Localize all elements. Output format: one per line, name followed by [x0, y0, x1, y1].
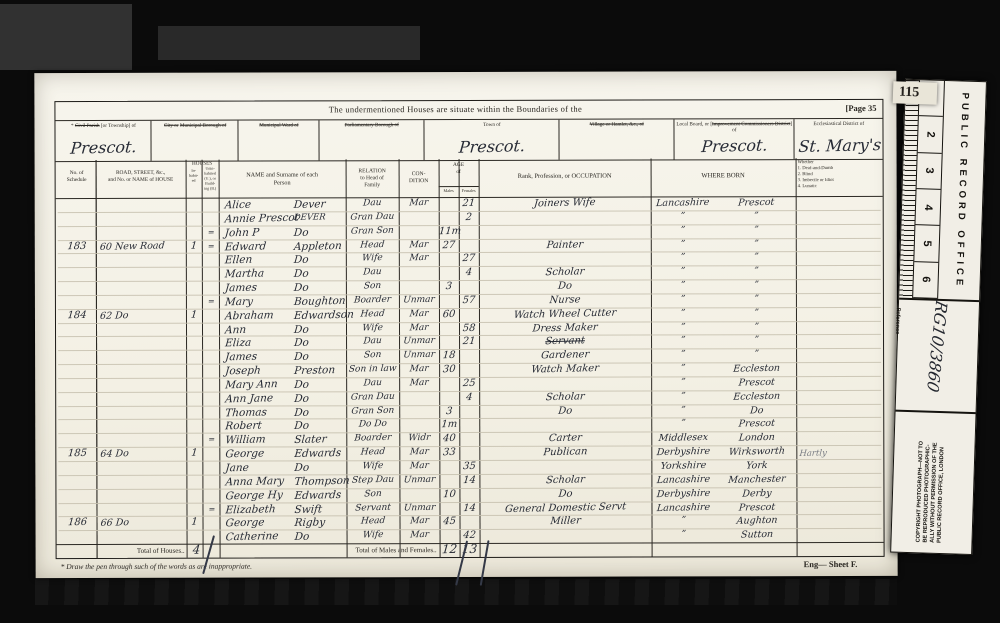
cell-r16-relation: Do Do [346, 419, 400, 431]
cell-r3-road: 60 New Road [99, 239, 184, 253]
district-box-label-part: City or [164, 123, 179, 129]
cell-r1-relation: Gran Dau [345, 211, 399, 223]
cell-r1-born-county: ” [650, 210, 715, 223]
cell-r8-given-name: Abraham [224, 308, 295, 322]
cell-r1-age-female: 2 [458, 212, 479, 224]
district-box-6: Local Board, or [Improvement Commissione… [673, 119, 793, 159]
cell-r22-given-name: Elizabeth [225, 502, 296, 516]
cell-r4-age-female: 27 [458, 253, 479, 265]
cell-r6-born-place: ” [716, 279, 796, 292]
cell-r19-condition: Mar [399, 461, 440, 473]
cell-r10-surname: Do [294, 336, 351, 350]
cell-r23-occupation: Miller [479, 514, 652, 530]
cell-r12-occupation: Watch Maker [479, 362, 652, 378]
cell-r10-born-county: ” [651, 335, 716, 348]
cell-r2-relation: Gran Son [345, 225, 399, 237]
district-box-2: Municipal Ward of [238, 120, 318, 160]
column-header-occ: Rank, Profession, or OCCUPATION [479, 173, 651, 181]
ruler-number-glyph: 6 [920, 277, 932, 283]
cell-r4-condition: Mar [398, 253, 439, 265]
cell-r7-relation: Boarder [345, 294, 399, 306]
cell-r4-born-county: ” [650, 252, 715, 265]
cell-r15-occupation: Do [479, 403, 652, 419]
copyright-text-block: COPYRIGHT PHOTOGRAPH—NOT TOBE REPRODUCED… [915, 414, 947, 543]
cell-r11-age-male: 18 [439, 350, 460, 362]
cell-r23-age-male: 45 [439, 516, 460, 528]
form-footnote: * Draw the pen through such of the words… [61, 562, 252, 572]
cell-r7-surname: Boughton [293, 295, 350, 309]
cell-r12-born-place: Eccleston [717, 362, 797, 375]
cell-r15-born-county: ” [651, 404, 716, 417]
cell-r17-surname: Slater [294, 433, 351, 447]
cell-r15-relation: Gran Son [346, 405, 400, 417]
column-header-line: Family [346, 182, 399, 189]
cell-r17-age-male: 40 [439, 433, 460, 445]
district-box-label-part: [or Township] of [100, 123, 136, 129]
cell-r7-age-female: 57 [458, 295, 479, 307]
cell-r5-surname: Do [293, 267, 350, 281]
cell-r14-born-place: Eccleston [717, 390, 797, 403]
column-header-line: DITION [399, 178, 439, 185]
cell-r6-surname: Do [293, 281, 350, 295]
district-box-value-6: Prescot. [678, 135, 792, 157]
cell-r22-surname: Swift [294, 502, 351, 516]
cell-r6-relation: Son [345, 281, 399, 293]
cell-r23-born-county: ” [651, 515, 716, 528]
cell-r5-relation: Dau [345, 267, 399, 279]
column-header-line: and No. or NAME of HOUSE [96, 176, 186, 183]
cell-r22-household-mark: = [208, 504, 221, 514]
cell-r2-born-county: ” [650, 224, 715, 237]
cell-r17-household-mark: = [208, 435, 221, 445]
grid-vline-2 [202, 160, 204, 558]
cell-r0-born-county: Lancashire [650, 197, 715, 210]
cell-r12-born-county: ” [651, 363, 716, 376]
cell-r13-born-place: Prescot [717, 376, 797, 389]
cell-r24-born-county: ” [651, 529, 716, 542]
cell-r10-condition: Unmar [399, 336, 440, 348]
sheet-label: Eng— Sheet F. [804, 559, 858, 569]
cell-r23-road: 66 Do [100, 516, 185, 530]
scan-blotch-top-middle [158, 26, 420, 60]
cell-r8-occupation: Watch Wheel Cutter [479, 306, 652, 322]
district-box-label-5: Village or Hamlet, &c., of [560, 121, 673, 127]
cell-r12-age-male: 30 [439, 364, 460, 376]
district-box-label-part: Village or Hamlet, &c., of [590, 122, 644, 128]
office-name-label: PUBLIC RECORD OFFICE [953, 92, 970, 289]
cell-r22-born-county: Lancashire [651, 501, 716, 514]
column-header-road: ROAD, STREET, &c.,and No. or NAME of HOU… [96, 170, 186, 184]
cell-r21-surname: Edwards [294, 488, 351, 502]
cell-r4-relation: Wife [345, 253, 399, 265]
cell-r23-relation: Head [346, 516, 400, 528]
cell-r18-occupation: Publican [479, 445, 652, 461]
cell-r3-condition: Mar [398, 239, 439, 251]
cell-r10-relation: Dau [346, 336, 400, 348]
cell-r9-born-place: ” [717, 321, 797, 334]
district-box-label-6: Local Board, or [Improvement Commissione… [675, 121, 793, 133]
column-header-line: Females [459, 188, 479, 193]
cell-r19-born-place: York [717, 459, 797, 472]
cell-r11-condition: Unmar [399, 350, 440, 362]
cell-r7-given-name: Mary [224, 295, 295, 309]
column-header-line: ed [186, 178, 202, 183]
cell-r18-surname: Edwards [294, 447, 351, 461]
cell-r22-condition: Unmar [399, 502, 440, 514]
cell-r12-condition: Mar [399, 364, 440, 376]
column-header-sched: No. ofSchedule [58, 170, 96, 184]
cell-r0-condition: Mar [398, 198, 439, 210]
cell-r11-relation: Son [346, 350, 400, 362]
cell-r9-born-county: ” [651, 321, 716, 334]
cell-r1-surname: DEVER [293, 212, 350, 224]
scan-blotch-top-left [0, 4, 132, 70]
cell-r19-surname: Do [294, 461, 351, 475]
cell-r23-surname: Rigby [294, 516, 351, 530]
column-header-dis: Whether1. Deaf-and-Dumb2. Blind3. Imbeci… [796, 160, 883, 190]
column-header-cond: CON-DITION [399, 171, 439, 185]
cell-r21-occupation: Do [479, 486, 652, 502]
cell-r7-born-place: ” [716, 293, 796, 306]
cell-r17-born-place: London [717, 432, 797, 445]
cell-r10-born-place: ” [717, 335, 797, 348]
cell-r20-born-county: Lancashire [651, 473, 716, 486]
cell-r13-given-name: Mary Ann [225, 378, 296, 392]
column-header-rel: RELATIONto Head ofFamily [346, 168, 399, 189]
district-box-value-0: Prescot. [59, 137, 149, 158]
cell-r10-age-female: 21 [459, 336, 480, 348]
district-box-label-part: Town of [483, 122, 500, 128]
cell-r8-road: 62 Do [100, 309, 185, 323]
ruler-number-6: 6 [913, 262, 938, 299]
cell-r22-age-female: 14 [459, 502, 480, 514]
cell-r21-age-male: 10 [439, 488, 460, 500]
table-rows: AliceDeverDauMar21Joiners WifeLancashire… [55, 100, 882, 102]
cell-r6-given-name: James [224, 281, 295, 295]
cell-r18-relation: Head [346, 447, 400, 459]
district-box-label-part: Municipal Ward of [259, 122, 298, 128]
cell-r10-given-name: Eliza [225, 336, 296, 350]
column-header-inh: In-habit-ed [186, 169, 202, 184]
cell-r0-surname: Dever [293, 198, 350, 212]
cell-r2-given-name: John P [224, 225, 295, 239]
cell-r24-relation: Wife [346, 530, 400, 542]
cell-r12-surname: Preston [294, 364, 351, 378]
cell-r13-age-female: 25 [459, 378, 480, 390]
ruler-number-glyph: 4 [922, 204, 934, 210]
column-header-line: Males [439, 188, 459, 193]
census-form-frame: The undermentioned Houses are situate wi… [54, 99, 884, 559]
scanned-census-photograph: The undermentioned Houses are situate wi… [0, 0, 1000, 623]
column-header-line: Person [219, 179, 346, 187]
district-box-label-4: Town of [425, 122, 558, 128]
grid-vline-1 [186, 160, 188, 558]
grid-vline-3 [219, 160, 221, 558]
cell-r3-occupation: Painter [478, 237, 651, 253]
cell-r2-born-place: ” [716, 224, 796, 237]
cell-r3-surname: Appleton [293, 239, 350, 253]
cell-r7-household-mark: = [208, 296, 221, 306]
cell-r15-age-male: 3 [439, 405, 460, 417]
district-box-7: Ecclesiastical District ofSt. Mary's [793, 119, 882, 159]
cell-r3-born-county: ” [650, 238, 715, 251]
column-header-line: Schedule [58, 177, 96, 184]
cell-r3-schedule: 183 [57, 240, 96, 253]
cell-r24-condition: Mar [399, 530, 440, 542]
cell-r0-age-female: 21 [458, 198, 479, 210]
district-box-label-part: Local Board, or [ [676, 121, 712, 127]
cell-r13-surname: Do [294, 378, 351, 392]
cell-r18-given-name: George [225, 447, 296, 461]
cell-r21-relation: Son [346, 488, 400, 500]
ruler-number-glyph: 2 [924, 131, 936, 137]
cell-r8-age-male: 60 [438, 308, 459, 320]
cell-r22-relation: Servant [346, 502, 400, 514]
cell-r2-surname: Do [293, 225, 350, 239]
cell-r6-born-county: ” [650, 280, 715, 293]
cell-r12-given-name: Joseph [225, 364, 296, 378]
column-header-line: WHERE BORN [651, 172, 796, 181]
cell-r8-relation: Head [346, 308, 400, 320]
cell-r14-occupation: Scholar [479, 389, 652, 405]
cell-r8-schedule: 184 [57, 309, 96, 322]
ruler-number-glyph: 5 [921, 240, 933, 246]
ruler-number-3: 3 [917, 153, 942, 190]
cell-r11-given-name: James [225, 350, 296, 364]
cell-r20-age-female: 14 [459, 475, 480, 487]
cell-r23-schedule: 186 [58, 517, 97, 530]
cell-r11-surname: Do [294, 350, 351, 364]
cell-r0-born-place: Prescot [716, 196, 796, 209]
cell-r13-relation: Dau [346, 377, 400, 389]
cell-r15-surname: Do [294, 405, 351, 419]
cell-r5-given-name: Martha [224, 267, 295, 281]
office-name-panel: PUBLIC RECORD OFFICE [938, 81, 986, 300]
district-box-0: * Civil Parish [or Township] ofPrescot. [55, 121, 150, 161]
cell-r14-surname: Do [294, 392, 351, 406]
page-label: [Page 35 [845, 103, 876, 113]
cell-r15-given-name: Thomas [225, 405, 296, 419]
cell-r7-condition: Unmar [398, 295, 439, 307]
district-box-5: Village or Hamlet, &c., of [558, 119, 673, 159]
cell-r21-given-name: George Hy [225, 488, 296, 502]
cell-r12-relation: Son in law [346, 364, 400, 376]
cell-r24-given-name: Catherine [225, 530, 296, 544]
cell-r17-born-county: Middlesex [651, 432, 716, 445]
cell-r22-born-place: Prescot [717, 501, 797, 514]
cell-r14-relation: Gran Dau [346, 391, 400, 403]
cell-r7-born-county: ” [650, 294, 715, 307]
public-record-office-ruler-card: 123456 PUBLIC RECORD OFFICE Reference — … [890, 79, 987, 555]
cell-r18-road: 64 Do [100, 447, 185, 461]
column-header-af: Females [459, 188, 479, 193]
cell-r16-given-name: Robert [225, 419, 296, 433]
cell-r17-relation: Boarder [346, 433, 400, 445]
column-header-line: Rank, Profession, or OCCUPATION [479, 173, 651, 181]
cell-r3-given-name: Edward [224, 239, 295, 253]
cell-r8-born-place: ” [717, 307, 797, 320]
cell-r8-born-county: ” [651, 307, 716, 320]
column-header-line: 4. Lunatic [798, 183, 883, 189]
totals-row: Total of Houses..4Total of Males and Fem… [57, 542, 884, 558]
district-box-label-part: Parliamentary Borough of [345, 122, 399, 128]
cell-r3-age-male: 27 [438, 239, 459, 251]
cell-r18-schedule: 185 [58, 448, 97, 461]
cell-r1-born-place: ” [716, 210, 796, 223]
cell-r18-margin-note: Hartly [799, 447, 882, 459]
district-box-label-part: Improvement Commissioners District [712, 121, 790, 127]
cell-r19-born-county: Yorkshire [651, 460, 716, 473]
cell-r5-born-place: ” [716, 265, 796, 278]
district-box-1: City or Municipal Borough of [151, 121, 238, 161]
district-box-value-4: Prescot. [428, 135, 557, 157]
ruler-scale-section: 123456 PUBLIC RECORD OFFICE [899, 80, 986, 302]
cell-r24-surname: Do [294, 530, 351, 544]
cell-r21-born-county: Derbyshire [651, 487, 716, 500]
cell-r9-condition: Mar [399, 322, 440, 334]
cell-r9-age-female: 58 [459, 322, 480, 334]
ruler-number-glyph: 3 [923, 168, 935, 174]
cell-r6-age-male: 3 [438, 281, 459, 293]
cell-r14-age-female: 4 [459, 392, 480, 404]
cell-r8-inhabited: 1 [185, 309, 202, 321]
cell-r21-born-place: Derby [717, 487, 797, 500]
cell-r9-surname: Do [294, 322, 351, 336]
cell-r8-surname: Edwardson [293, 308, 350, 322]
cell-r13-born-county: ” [651, 377, 716, 390]
scan-blotch-bottom [35, 579, 897, 605]
district-box-value-7: St. Mary's [798, 135, 881, 156]
district-box-label-part: Civil Parish [75, 123, 100, 129]
district-box-label-0: * Civil Parish [or Township] of [56, 123, 150, 129]
cell-r17-condition: Widr [399, 433, 440, 445]
column-header-name: NAME and Surname of eachPerson [219, 171, 346, 187]
reference-section: Reference — RG10/3860 [896, 300, 979, 414]
cell-r18-age-male: 33 [439, 447, 460, 459]
census-page-paper: The undermentioned Houses are situate wi… [34, 71, 897, 578]
cell-r7-occupation: Nurse [478, 293, 651, 309]
district-box-label-1: City or Municipal Borough of [153, 123, 238, 129]
cell-r18-condition: Mar [399, 447, 440, 459]
cell-r5-born-county: ” [650, 266, 715, 279]
cell-r9-given-name: Ann [225, 322, 296, 336]
cell-r0-given-name: Alice [224, 198, 295, 212]
cell-r11-born-place: ” [717, 348, 797, 361]
district-boxes-row: * Civil Parish [or Township] ofPrescot.C… [55, 118, 882, 162]
cell-r3-relation: Head [345, 239, 399, 251]
cell-r24-age-female: 42 [459, 530, 480, 542]
cell-r16-surname: Do [294, 419, 351, 433]
cell-r20-occupation: Scholar [479, 472, 652, 488]
cell-r0-occupation: Joiners Wife [478, 196, 651, 212]
cell-r19-relation: Wife [346, 461, 400, 473]
cell-r2-household-mark: = [207, 227, 220, 237]
ruler-number-2: 2 [918, 116, 943, 153]
cell-r19-given-name: Jane [225, 461, 296, 475]
cell-r0-relation: Dau [345, 198, 399, 210]
cell-r4-born-place: ” [716, 252, 796, 265]
cell-r16-born-place: Prescot [717, 418, 797, 431]
form-heading: The undermentioned Houses are situate wi… [175, 103, 735, 114]
cell-r16-age-male: 1m [439, 419, 460, 431]
cell-r3-inhabited: 1 [185, 240, 202, 252]
cell-r5-age-female: 4 [458, 267, 479, 279]
column-header-line: ing (B.) [202, 186, 219, 191]
cell-r18-born-place: Wirksworth [717, 445, 797, 458]
district-box-4: Town ofPrescot. [423, 120, 558, 160]
cell-r18-inhabited: 1 [186, 448, 203, 460]
cell-r15-born-place: Do [717, 404, 797, 417]
total-males-value: 12 [439, 542, 460, 557]
district-box-label-3: Parliamentary Borough of [320, 122, 423, 128]
cell-r3-household-mark: = [207, 241, 220, 251]
cell-r23-inhabited: 1 [186, 517, 203, 529]
cell-r18-born-county: Derbyshire [651, 446, 716, 459]
cell-r3-born-place: ” [716, 238, 796, 251]
cell-r8-condition: Mar [399, 308, 440, 320]
reference-value: RG10/3860 [923, 299, 951, 394]
cell-r14-given-name: Ann Jane [225, 391, 296, 405]
stamp-number: 115 [899, 85, 920, 102]
total-of-houses-label: Total of Houses.. [87, 547, 185, 555]
cell-r20-given-name: Anna Mary [225, 474, 296, 488]
cell-r4-given-name: Ellen [224, 253, 295, 267]
district-box-label-part: Ecclesiastical District of [813, 121, 864, 127]
cell-r23-condition: Mar [399, 516, 440, 528]
cell-r24-born-place: Sutton [717, 528, 797, 541]
cell-r9-relation: Wife [346, 322, 400, 334]
cell-r1-given-name: Annie Prescot [224, 211, 295, 225]
cell-r14-born-county: ” [651, 390, 716, 403]
district-box-3: Parliamentary Borough of [318, 120, 423, 160]
total-of-houses-value: 4 [188, 543, 205, 557]
cell-r23-born-place: Aughton [717, 515, 797, 528]
cell-r17-given-name: William [225, 433, 296, 447]
column-header-born: WHERE BORN [651, 172, 796, 181]
ruler-number-5: 5 [914, 225, 939, 262]
column-headers: No. ofScheduleROAD, STREET, &c.,and No. … [56, 158, 883, 198]
cell-r2-age-male: 11m [438, 225, 459, 237]
reference-label: Reference — [894, 308, 901, 342]
cell-r20-born-place: Manchester [717, 473, 797, 486]
total-males-females-label: Total of Males and Females.. [257, 546, 437, 554]
district-box-label-part: Municipal Borough of [180, 123, 226, 129]
column-header-unin: Unin-habited(U.), orBuild-ing (B.) [202, 167, 219, 191]
cell-r4-surname: Do [293, 253, 350, 267]
cell-r20-relation: Step Dau [346, 474, 400, 486]
copyright-section: COPYRIGHT PHOTOGRAPH—NOT TOBE REPRODUCED… [891, 412, 975, 552]
ruler-number-4: 4 [915, 189, 940, 226]
district-box-label-7: Ecclesiastical District of [795, 121, 882, 127]
cell-r13-condition: Mar [399, 378, 440, 390]
cell-r23-given-name: George [225, 516, 296, 530]
cell-r20-surname: Thompson [294, 474, 351, 488]
grid-vline-sched [96, 160, 98, 558]
cell-r19-age-female: 35 [459, 461, 480, 473]
district-box-label-2: Municipal Ward of [240, 122, 318, 128]
cell-r11-born-county: ” [651, 349, 716, 362]
cell-r20-condition: Unmar [399, 474, 440, 486]
column-header-am: Males [439, 188, 459, 193]
cell-r16-born-county: ” [651, 418, 716, 431]
table-grid-lines [55, 100, 882, 102]
